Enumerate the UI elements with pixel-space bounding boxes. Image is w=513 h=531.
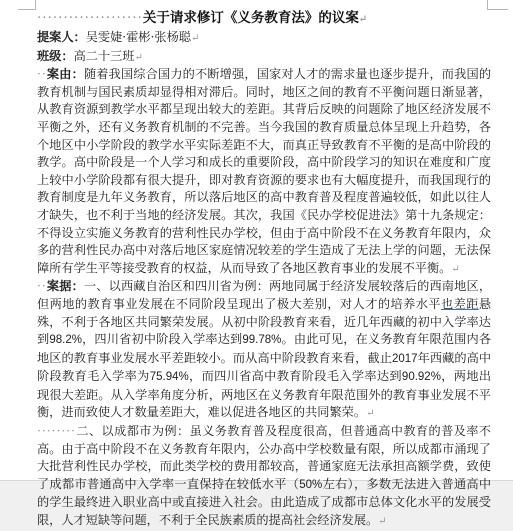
- reason-paragraph: ··案由：随着我国综合国力的不断增强，国家对人才的需求量也逐步提升，而我国的教育…: [37, 66, 491, 278]
- basis-text: 一、以西藏自治区和四川省为例：两地同属于经济发展较落后的西南地区，但两地的教育事…: [37, 279, 491, 311]
- document-body[interactable]: ····················关于请求修订《义务教育法》的议案↵ 提案…: [37, 9, 491, 495]
- title-text: 关于请求修订《义务教育法》的议案: [143, 10, 359, 26]
- basis-text: ，而四川省高中教育阶段毛入学率达到: [189, 369, 402, 383]
- basis-paragraph-2: ········二、以成都市为例：虽义务教育普及程度很高，但普通高中教育的普及率…: [37, 423, 491, 495]
- class-line: 班级：高二十三班↵: [37, 48, 491, 67]
- margin-corner-mark-top-left: [18, 0, 36, 10]
- proposer-label: 提案人：: [37, 30, 86, 44]
- proposer-value: 吴雯婕·霍彬·张杨聪: [86, 30, 191, 44]
- indent-dots: ··: [37, 279, 47, 293]
- tibet-junior-rate: 98.2%: [49, 334, 82, 346]
- paragraph-mark-icon: ↵: [366, 408, 374, 419]
- indent-dots: ··: [37, 67, 47, 81]
- grammar-flagged-text[interactable]: 也差距: [441, 297, 479, 311]
- paragraph-mark-icon: ↵: [451, 264, 459, 275]
- indent-dots: ········: [37, 424, 76, 438]
- basis-label: 案据：: [47, 279, 84, 293]
- reason-label: 案由：: [47, 67, 84, 81]
- class-label: 班级：: [37, 49, 74, 63]
- reason-text: 随着我国综合国力的不断增强，国家对人才的需求量也逐步提升，而我国的教育机制与国民…: [37, 67, 491, 275]
- document-title: ····················关于请求修订《义务教育法》的议案↵: [37, 9, 491, 29]
- proposer-line: 提案人：吴雯婕·霍彬·张杨聪↵: [37, 29, 491, 48]
- class-value: 高二十三班: [74, 49, 135, 63]
- sichuan-junior-rate: 99.78%: [242, 334, 281, 346]
- paragraph-mark-icon: ↵: [135, 52, 143, 63]
- sichuan-senior-rate: 90.92%: [402, 371, 441, 383]
- paragraph-mark-icon: ↵: [191, 33, 199, 44]
- document-page: ····················关于请求修订《义务教育法》的议案↵ 提案…: [0, 0, 513, 481]
- basis-text: ，四川省初中阶段入学率达到: [82, 332, 242, 346]
- title-leader-dots: ····················: [37, 10, 143, 26]
- chengdu-rate: 50%: [299, 479, 322, 491]
- tibet-senior-rate: 75.94%: [150, 371, 189, 383]
- basis-paragraph-1: ··案据：一、以西藏自治区和四川省为例：两地同属于经济发展较落后的西南地区，但两…: [37, 278, 491, 423]
- paragraph-mark-icon: ↵: [359, 14, 367, 25]
- year-value: 2017: [392, 353, 418, 365]
